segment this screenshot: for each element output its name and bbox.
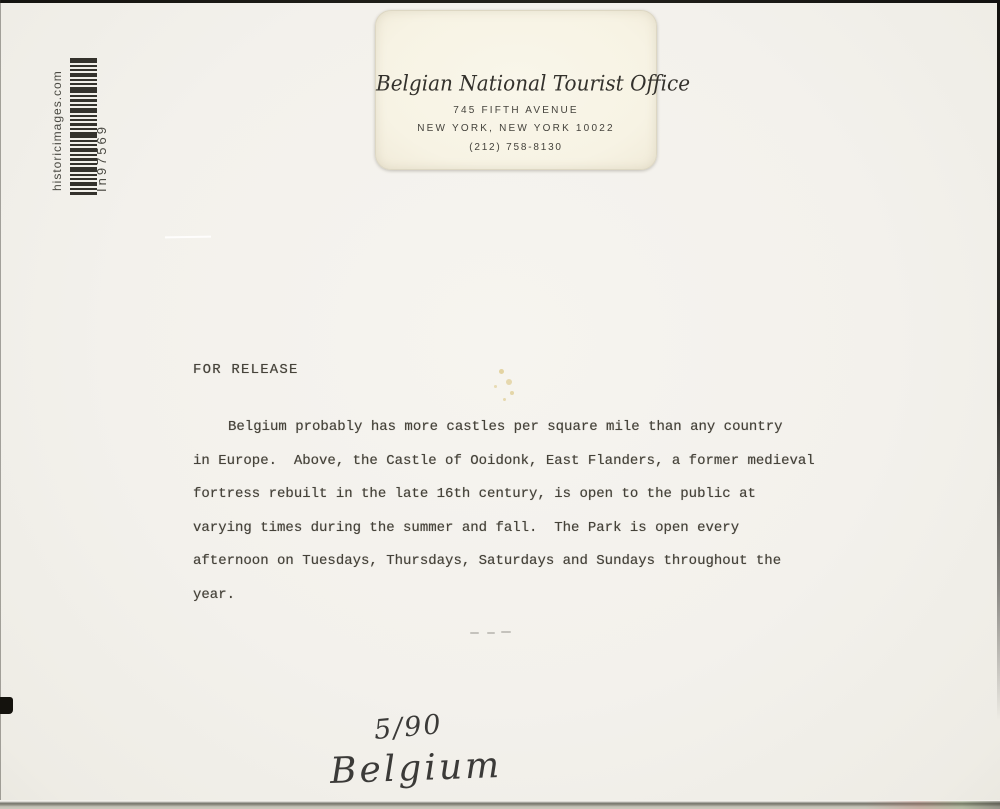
- org-name: Belgian National Tourist Office: [376, 70, 656, 96]
- faint-mark: [487, 632, 495, 634]
- barcode: [70, 58, 97, 196]
- release-body: Belgium probably has more castles per sq…: [193, 411, 853, 612]
- address-line-2: NEW YORK, NEW YORK 10022: [376, 122, 656, 136]
- left-scan-edge: [0, 0, 1, 809]
- faint-mark: [501, 631, 511, 633]
- handwritten-caption: Belgium: [329, 745, 502, 792]
- left-edge-mark: [0, 697, 13, 714]
- handwritten-date: 5/90: [373, 709, 444, 746]
- release-line: afternoon on Tuesdays, Thursdays, Saturd…: [193, 545, 853, 579]
- top-scan-edge: [0, 0, 1000, 3]
- phone-number: (212) 758-8130: [376, 141, 656, 155]
- vendor-photo-id: In97569: [94, 88, 109, 192]
- scratch-mark: [165, 236, 211, 239]
- bottom-edge-color-tint: [865, 801, 1000, 809]
- release-heading: FOR RELEASE: [193, 360, 853, 380]
- photo-back-scan: historicimages.com In97569 Belgian Natio…: [0, 0, 1000, 809]
- release-line: varying times during the summer and fall…: [193, 512, 853, 546]
- release-line: in Europe. Above, the Castle of Ooidonk,…: [193, 445, 853, 479]
- address-sticker: Belgian National Tourist Office 745 FIFT…: [375, 10, 657, 170]
- faint-mark: [470, 632, 479, 634]
- vendor-site-label: historicimages.com: [50, 61, 64, 191]
- address-line-1: 745 FIFTH AVENUE: [376, 104, 656, 118]
- release-line: year.: [193, 579, 853, 613]
- bottom-scan-edge: [0, 800, 1000, 809]
- release-line: Belgium probably has more castles per sq…: [193, 411, 853, 445]
- press-release: FOR RELEASE Belgium probably has more ca…: [193, 360, 853, 612]
- release-line: fortress rebuilt in the late 16th centur…: [193, 478, 853, 512]
